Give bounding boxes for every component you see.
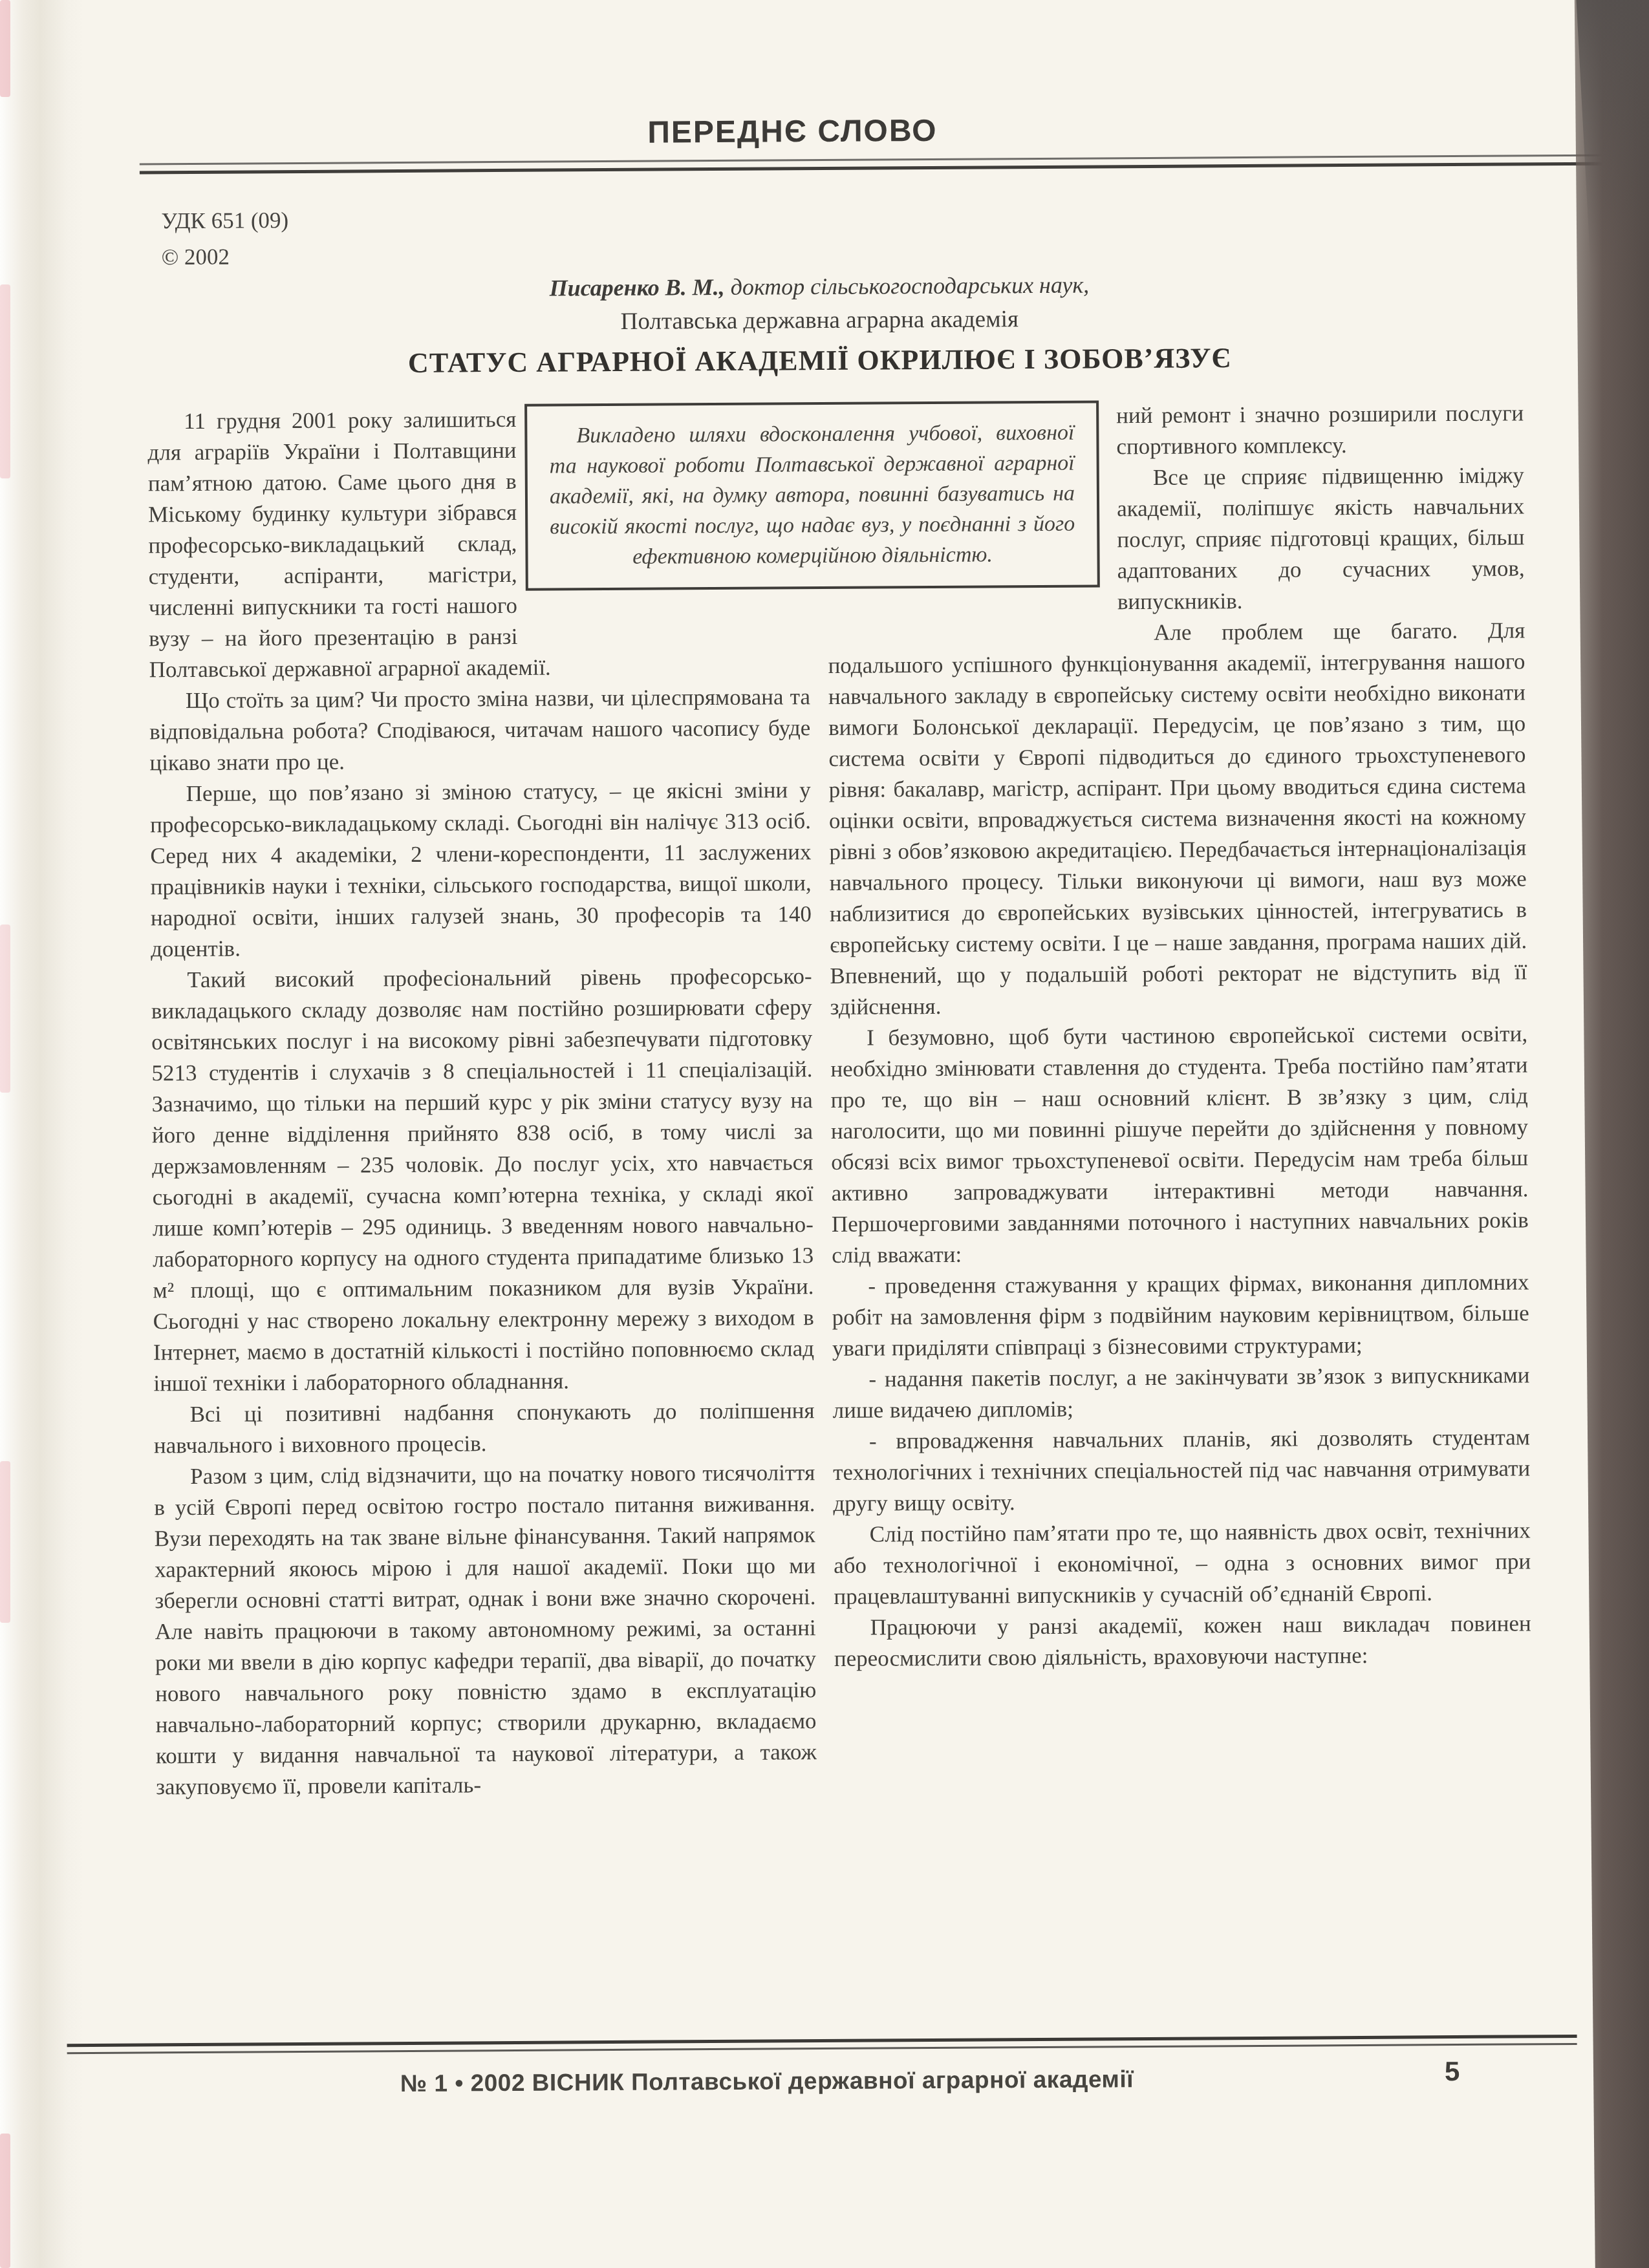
scanned-journal-page: { "doc": { "header": "ПЕРЕДНЄ СЛОВО", "u… [0, 0, 1649, 2268]
paragraph: Але проблем ще багато. Для подальшого ус… [828, 615, 1527, 1023]
paragraph: Працюючи у ранзі академії, кожен наш вик… [834, 1608, 1532, 1674]
footer-divider [67, 2035, 1577, 2054]
paragraph: Разом з цим, слід відзначити, що на поча… [154, 1457, 817, 1803]
paragraph: Такий високий професіональний рівень про… [151, 961, 814, 1399]
page-content: ПЕРЕДНЄ СЛОВО УДК 651 (09) © 2002 Писаре… [0, 0, 1649, 2268]
section-header: ПЕРЕДНЄ СЛОВО [0, 109, 1591, 155]
author-role: доктор сільськогосподарських наук, [725, 272, 1090, 299]
paragraph: - надання пакетів послуг, а не закінчува… [832, 1360, 1530, 1426]
copyright-label: © 2002 [162, 244, 230, 271]
affiliation: Полтавська державна аграрна академія [0, 301, 1644, 339]
article-title: СТАТУС АГРАРНОЇ АКАДЕМІЇ ОКРИЛЮЄ І ЗОБОВ… [0, 339, 1644, 382]
abstract-wrap-spacer [826, 400, 1117, 648]
abstract-wrap-spacer [516, 402, 810, 641]
page-number: 5 [1445, 2056, 1460, 2087]
header-divider [140, 154, 1627, 174]
author-name: Писаренко В. М., [550, 274, 725, 301]
udc-code: УДК 651 (09) [161, 208, 288, 234]
paragraph: Що стоїть за цим? Чи просто зміна назви,… [149, 681, 811, 778]
paragraph: Слід постійно пам’ятати про те, що наявн… [834, 1515, 1531, 1612]
author-line: Писаренко В. М., доктор сільськогосподар… [0, 268, 1644, 305]
paragraph: - проведення стажування у кращих фірмах,… [832, 1267, 1529, 1364]
paragraph: Перше, що пов’язано зі зміною статусу, –… [150, 775, 812, 965]
article-body: 11 грудня 2001 року залишиться для аграр… [147, 398, 1532, 1803]
right-column: ний ремонт і значно розширили послуги сп… [826, 398, 1532, 1799]
paragraph: Всі ці позитивні надбання спонукають до … [153, 1395, 815, 1461]
paragraph: І безумовно, щоб бути частиною європейсь… [830, 1018, 1529, 1271]
paragraph: - впровадження навчальних планів, які до… [833, 1422, 1531, 1519]
left-column: 11 грудня 2001 року залишиться для аграр… [147, 402, 817, 1803]
footer-journal-line: № 1 • 2002 ВІСНИК Полтавської державної … [400, 2066, 1134, 2097]
